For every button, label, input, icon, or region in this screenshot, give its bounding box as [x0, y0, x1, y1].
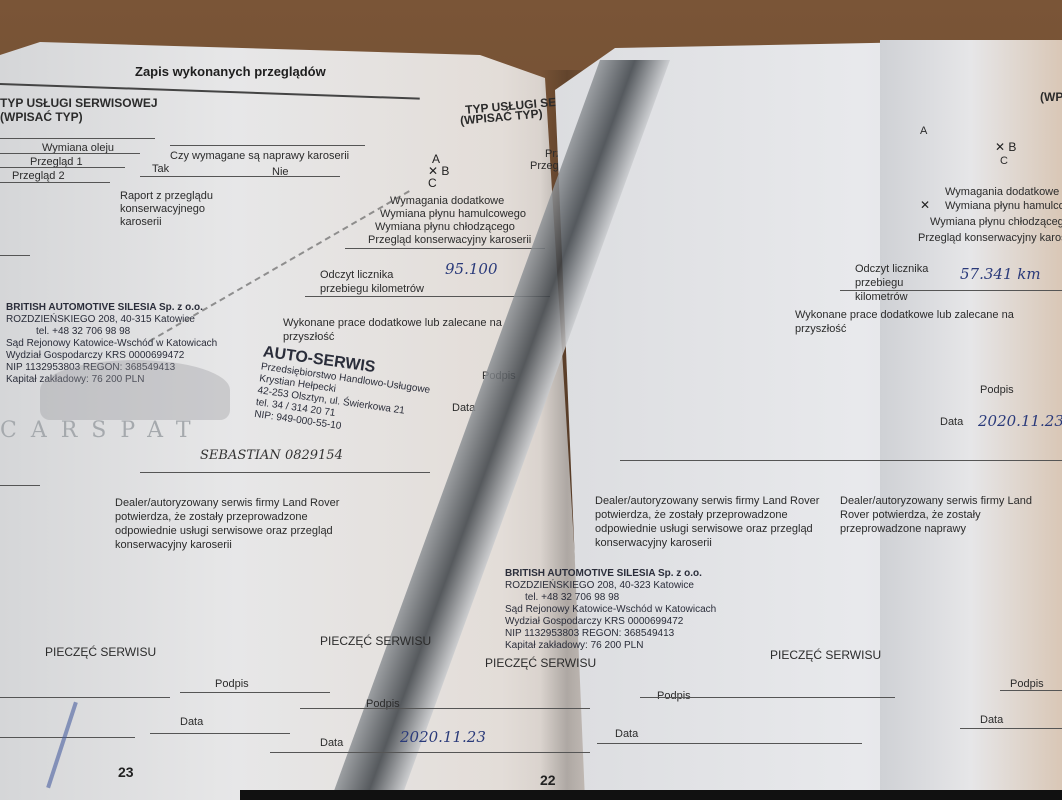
form-rule [345, 248, 545, 249]
far-right-type-a[interactable]: A [920, 125, 927, 137]
additional-coolant: Wymiana płynu chłodzącego [375, 221, 515, 233]
right-service-stamp-label: PIECZĘĆ SERWISU [770, 648, 881, 662]
middle-stamp-address: ROZDZIEŃSKIEGO 208, 40-323 Katowice [505, 580, 716, 592]
middle-stamp-phone: tel. +48 32 706 98 98 [505, 592, 716, 604]
type-c-label: C [428, 176, 437, 190]
far-right-confirmation: Dealer/autoryzowany serwis firmy Land Ro… [840, 494, 1060, 536]
far-right-signature-line [1000, 690, 1062, 691]
middle-service-stamp-label-1: PIECZĘĆ SERWISU [320, 634, 431, 648]
form-rule [0, 737, 135, 738]
form-rule [0, 138, 155, 139]
form-rule [0, 697, 170, 698]
middle-stamp-name: BRITISH AUTOMOTIVE SILESIA Sp. z o.o. [505, 568, 716, 580]
type-option-c[interactable]: C [428, 176, 437, 190]
stamp-dealer-court: Sąd Rejonowy Katowice-Wschód w Katowicac… [6, 338, 217, 350]
stamp-dealer-phone: tel. +48 32 706 98 98 [6, 326, 217, 338]
service-type-subtitle: (WPISAĆ TYP) [0, 110, 83, 124]
service-stamp-label: PIECZĘĆ SERWISU [45, 645, 156, 659]
form-rule [0, 153, 140, 154]
additional-work-label: Wykonane prace dodatkowe lub zalecane na… [283, 316, 523, 344]
right-signature-label: Podpis [980, 384, 1014, 396]
additional-bodywork-inspection: Przegląd konserwacyjny karoserii [368, 234, 531, 246]
left-page-header: Zapis wykonanych przeglądów [135, 64, 326, 79]
bodywork-question: Czy wymagane są naprawy karoserii [170, 150, 349, 162]
far-right-type-b[interactable]: ✕ B [995, 140, 1016, 154]
form-rule [140, 176, 340, 177]
middle-stamp-ids: NIP 1132953803 REGON: 368549413 [505, 628, 716, 640]
middle-service-stamp-label-2: PIECZĘĆ SERWISU [485, 656, 596, 670]
far-right-type-c[interactable]: C [1000, 155, 1008, 167]
form-rule [620, 460, 1062, 461]
form-rule [0, 182, 110, 183]
far-right-bodywork: Przegląd konserwacyjny karoserii [918, 232, 1062, 244]
option-inspection-2: Przegląd 2 [12, 170, 65, 182]
middle-signature-line [300, 708, 590, 709]
middle-date-label-2: Data [320, 737, 343, 749]
odometer-label: Odczyt licznika przebiegu kilometrów [320, 268, 430, 296]
additional-title: Wymagania dodatkowe [390, 195, 504, 207]
right-date-line [597, 743, 862, 744]
far-right-coolant: Wymiana płynu chłodzącego [930, 216, 1062, 228]
odometer-handwritten: 95.100 [445, 260, 498, 278]
date-label: Data [180, 716, 203, 728]
type-b-label: B [441, 164, 449, 178]
middle-date-line [270, 752, 590, 753]
far-right-date-label: Data [980, 714, 1003, 726]
middle-stamp-registry: Wydział Gospodarczy KRS 0000699472 [505, 616, 716, 628]
middle-page-number: 22 [540, 772, 556, 788]
middle-stamp-capital: Kapitał zakładowy: 76 200 PLN [505, 640, 716, 652]
signature-name: SEBASTIAN [200, 448, 281, 463]
form-rule [0, 167, 125, 168]
middle-stamp-court: Sąd Rejonowy Katowice-Wschód w Katowicac… [505, 604, 716, 616]
bodywork-report: Raport z przeglądu konserwacyjnego karos… [120, 190, 240, 229]
stamp-dealer-name: BRITISH AUTOMOTIVE SILESIA Sp. z o.o. [6, 302, 217, 314]
form-rule [170, 145, 365, 146]
form-rule [0, 485, 40, 486]
right-odometer-label: Odczyt licznika przebiegu kilometrów [855, 262, 955, 304]
right-odometer-line [840, 290, 1062, 291]
form-rule [140, 472, 430, 473]
form-rule [0, 255, 30, 256]
service-type-title: TYP USŁUGI SERWISOWEJ [0, 96, 158, 110]
far-right-brake-fluid: Wymiana płynu hamulcowego [945, 200, 1062, 212]
far-right-type-b-label: B [1008, 140, 1016, 154]
right-handwritten-date: 2020.11.23 [978, 412, 1062, 430]
far-right-brake-fluid-check[interactable]: ✕ [920, 198, 930, 212]
carspat-logo-icon [40, 360, 230, 420]
confirmation-text: Dealer/autoryzowany serwis firmy Land Ro… [115, 496, 345, 552]
signature-line [180, 692, 330, 693]
yes-label: Tak [152, 163, 169, 175]
right-date-label: Data [940, 416, 963, 428]
right-signature-label-2: Podpis [657, 690, 691, 702]
right-date-label-2: Data [615, 728, 638, 740]
far-right-subtitle: (WPISAĆ TYP) [1040, 90, 1062, 104]
handwritten-signature: SEBASTIAN 0829154 [200, 448, 343, 463]
right-additional-work-label: Wykonane prace dodatkowe lub zalecane na… [795, 308, 1055, 336]
signature-id: 0829154 [285, 448, 343, 463]
carspat-watermark: CARSPAT [0, 418, 205, 443]
additional-brake-fluid: Wymiana płynu hamulcowego [380, 208, 526, 220]
far-right-additional-title: Wymagania dodatkowe [945, 186, 1059, 198]
bottom-shadow [240, 790, 1062, 800]
right-odometer-handwritten: 57.341 km [960, 265, 1041, 283]
page-number: 23 [118, 764, 134, 780]
date-line [150, 733, 290, 734]
middle-handwritten-date: 2020.11.23 [400, 728, 486, 746]
middle-dealer-stamp: BRITISH AUTOMOTIVE SILESIA Sp. z o.o. RO… [505, 568, 716, 652]
far-right-date-line [960, 728, 1062, 729]
signature-label: Podpis [215, 678, 249, 690]
far-right-signature-label: Podpis [1010, 678, 1044, 690]
right-confirmation-text: Dealer/autoryzowany serwis firmy Land Ro… [595, 494, 825, 550]
right-signature-line [640, 697, 895, 698]
